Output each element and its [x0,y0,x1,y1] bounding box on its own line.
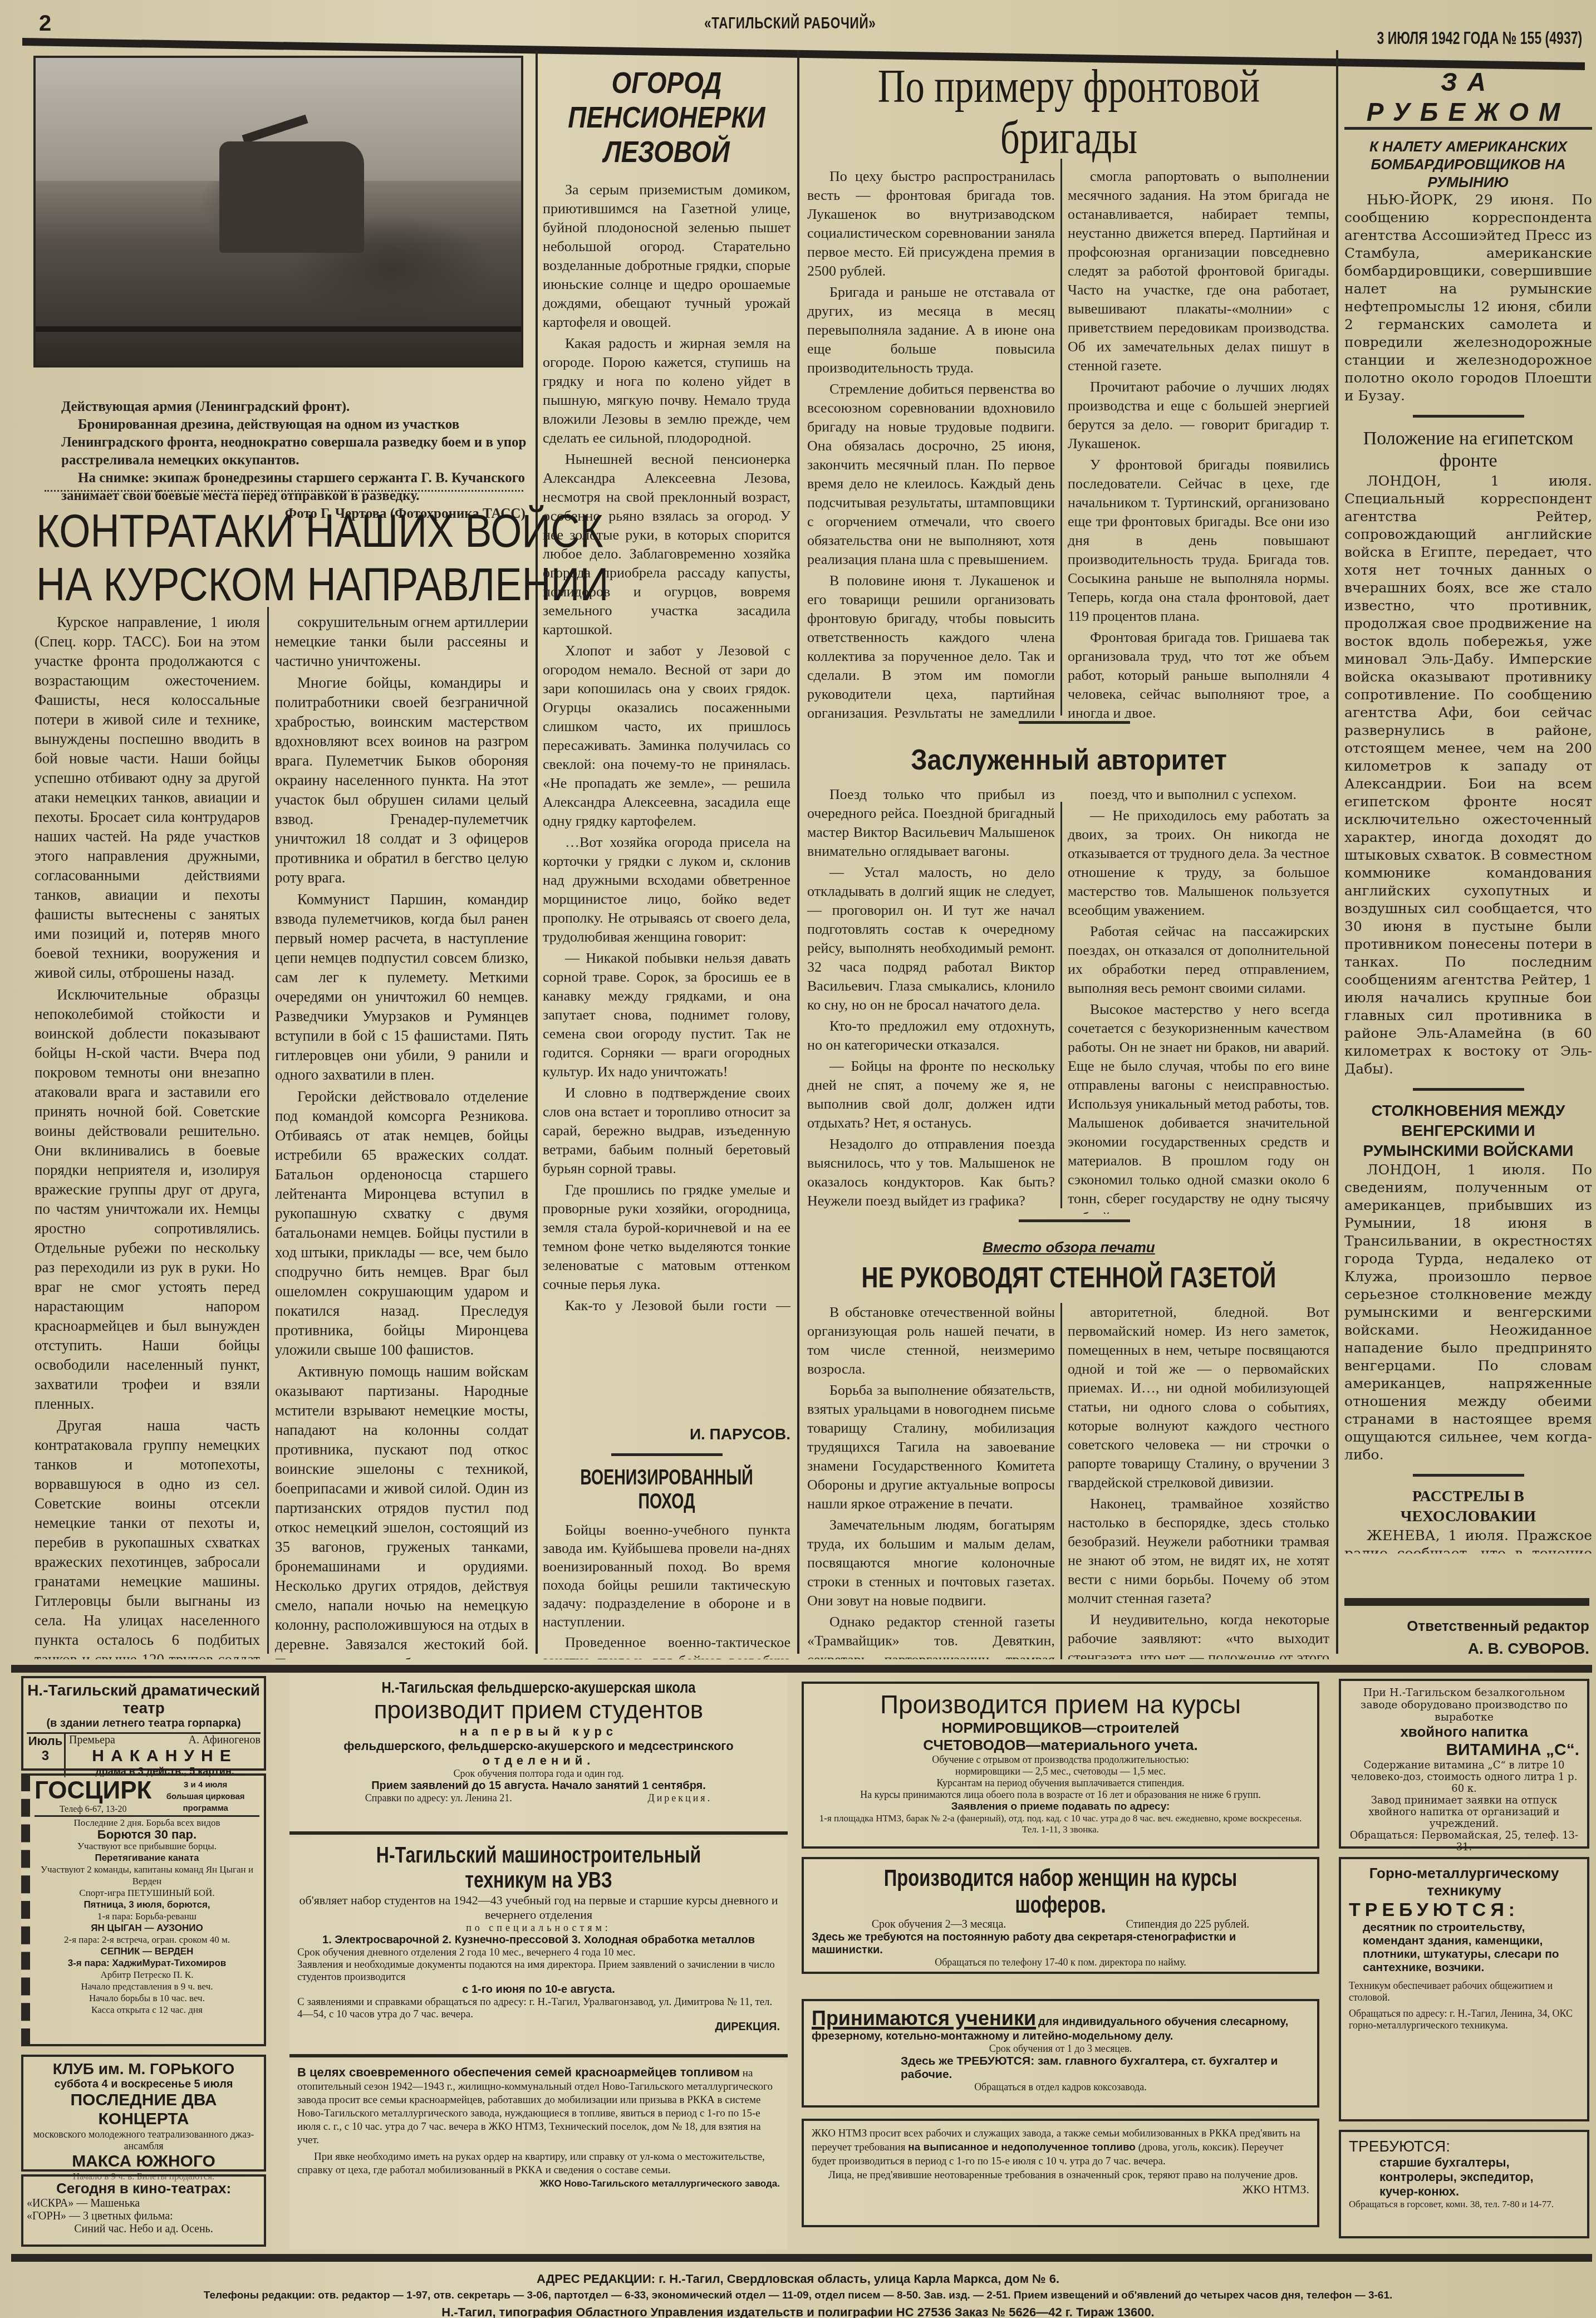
abroad-item-text: НЬЮ-ЙОРК, 29 июня. По сообщению корреспо… [1344,191,1592,405]
circus-line: Участвуют все прибывшие борцы. [35,1840,259,1852]
circus-line: 1-я пара: Борьба-реванш [35,1910,259,1922]
apprentices-also: Здесь же ТРЕБУЮТСЯ: зам. главного бухгал… [812,2055,1309,2081]
circus-line: Начало борьбы в 10 час. веч. [35,1992,259,2004]
footer-rule [11,2254,1592,2262]
medschool-course: на первый курс [297,1724,780,1739]
editor-name: А. В. СУВОРОВ. [1344,1640,1589,1658]
technikum-docs: Заявления и необходимые документы подают… [297,1959,780,1983]
abroad-item: Положение на египетском фронте ЛОНДОН, 1… [1344,428,1592,1078]
imprint: АДРЕС РЕДАКЦИИ: г. Н.-Тагил, Свердловска… [0,2271,1596,2318]
paragraph: Какая радость и жирная земля на огороде.… [543,334,790,448]
technikum-intro: об'являет набор студентов на 1942—43 уче… [297,1893,780,1922]
circus-line: Начало представления в 9 ч. веч. [35,1981,259,1992]
normirovshchiki-detail: Обучение с отрывом от производства продо… [812,1754,1309,1766]
abroad-rubric: ЗА РУБЕЖОМ [1344,67,1592,130]
paragraph: Как-то у Лезовой были гости — знакомые т… [543,1296,790,1314]
circus-line: СЕПНИК — ВЕРДЕН [35,1945,259,1957]
vitamin-details: Содержание витамина „С“ в литре 10 челов… [1349,1760,1579,1795]
abroad-item-headline: К НАЛЕТУ АМЕРИКАНСКИХ БОМБАРДИРОВЩИКОВ Н… [1344,138,1592,191]
abroad-item: К НАЛЕТУ АМЕРИКАНСКИХ БОМБАРДИРОВЩИКОВ Н… [1344,138,1592,405]
theater-title: Н.-Тагильский драматический театр [27,1682,261,1717]
technikum-spec-label: по специальностям: [297,1922,780,1934]
abroad-item-headline: РАССТРЕЛЫ В ЧЕХОСЛОВАКИИ [1344,1487,1592,1527]
circus-line: Борются 30 пар. [35,1829,259,1840]
paragraph: Где прошлись по грядке умелые и проворны… [543,1180,790,1294]
column-divider [536,50,538,1654]
paragraph: По цеху быстро распространилась весть — … [807,167,1055,281]
theater-premiere: Премьера [69,1734,115,1747]
medschool-title: Н.-Тагильская фельдшерско-акушерская шко… [333,1679,744,1697]
paragraph: Борьба за выполнение обязательств, взяты… [807,1381,1055,1513]
pohod-body: Бойцы военно-учебного пункта завода им. … [543,1521,790,1659]
vitamin-contact: Обращаться: Первомайская, 25, телеф. 13-… [1349,1830,1579,1853]
technikum-specialties: 1. Электросварочной 2. Кузнечно-прессово… [297,1934,780,1947]
normirovshchiki-detail: Курсантам на период обучения выплачивает… [812,1777,1309,1789]
normirovshchiki-detail: На курсы принимаются лица обоего пола в … [812,1789,1309,1801]
newspaper-title: «ТАГИЛЬСКИЙ РАБОЧИЙ» [704,14,876,33]
club-title: КЛУБ им. М. ГОРЬКОГО [27,2060,261,2078]
paragraph: Поезд только что прибыл из очередного ре… [807,785,1055,861]
headline-line: По примеру фронтовой [855,61,1284,112]
circus-title: ГОСЦИРК [35,1778,151,1804]
paragraph: Исключительные образцы непоколебимой сто… [35,985,260,1414]
theater-day: 3 [27,1748,64,1764]
paragraph: В обстановке отечественной войны организ… [807,1303,1055,1379]
paragraph: поезд, что и выполнил с успехом. [1068,785,1329,804]
gorno-note: Техникум обеспечивает рабочих общежитием… [1349,1980,1579,2003]
technikum-dates: с 1-го июня по 10-е августа. [297,1983,780,1996]
paragraph: смогла рапортовать о выполнении месячног… [1068,167,1329,375]
zhko-bold: на выписанное и недополученное топливо [908,2141,1136,2153]
ad-apprentices: Принимаются ученики для индивидуального … [802,1999,1319,2108]
ad-normirovshchiki-courses: Производится прием на курсы НОРМИРОВЩИКО… [802,1682,1319,1849]
abroad-item: РАССТРЕЛЫ В ЧЕХОСЛОВАКИИ ЖЕНЕВА, 1 июля.… [1344,1487,1592,1553]
gorsovet-item: старшие бухгалтеры, [1349,2155,1579,2170]
divider [611,1453,723,1456]
abroad-item: СТОЛКНОВЕНИЯ МЕЖДУ ВЕНГЕРСКИМИ И РУМЫНСК… [1344,1101,1592,1464]
ad-technikum: Н-Тагильский машиностроительный техникум… [289,1837,788,2057]
ads-separator [11,1665,1592,1673]
normirovshchiki-line2: СЧЕТОВОДОВ—материального учета. [812,1737,1309,1754]
vitamin-product2: ВИТАМИНА „С“. [1349,1741,1579,1760]
fuel-lead: В целях своевременного обеспечения семей… [297,2065,740,2079]
paragraph: Многие бойцы, командиры и политработники… [275,673,528,888]
paragraph: Стремление добиться первенства во всесою… [807,380,1055,569]
circus-dates: 3 и 4 июля [151,1779,259,1791]
divider [1413,1088,1524,1091]
column-divider [797,50,799,1654]
theater-subtitle: (в здании летнего театра горпарка) [27,1717,261,1730]
club-dates: суббота 4 и воскресенье 5 июля [27,2078,261,2091]
divider [1019,1219,1130,1222]
stengazeta-headline: НЕ РУКОВОДЯТ СТЕННОЙ ГАЗЕТОЙ [860,1261,1278,1295]
paragraph: Прочитают рабочие о лучших людях произво… [1068,378,1329,453]
headline-line: ЛЕЗОВОЙ [561,135,772,169]
paragraph: Бригада и раньше не отставала от других,… [807,283,1055,378]
technikum-signature: ДИРЕКЦИЯ. [297,2021,780,2033]
paragraph: — Устал малость, но дело откладывать в д… [807,863,1055,1015]
theater-date: Июль 3 [27,1734,66,1777]
paragraph: Активную помощь нашим войскам оказывают … [275,1362,528,1659]
paragraph: Другая наша часть контратаковала группу … [35,1416,260,1659]
paragraph: — Бойцы на фронте по нескольку дней не с… [807,1057,1055,1133]
divider [1413,415,1524,418]
ad-medschool: Н.-Тагильская фельдшерско-акушерская шко… [289,1673,788,1835]
column-divider [1060,159,1062,716]
theater-month: Июль [27,1734,64,1748]
caption-line: Действующая армия (Ленинградский фронт). [61,398,529,416]
ad-circus: ГОСЦИРК Телеф 6-67, 13-20 3 и 4 июля бол… [21,1773,266,2046]
normirovshchiki-detail: нормировщики — 2,5 мес., счетоводы — 1,5… [812,1766,1309,1777]
paragraph: Медлить было некогда. Виктор Васильевич … [807,1213,1055,1214]
editor-label: Ответственный редактор [1344,1618,1589,1635]
gorsovet-contact: Обращаться в горсовет, комн. 38, тел. 7-… [1349,2199,1579,2210]
paragraph: Коммунист Паршин, командир взвода пулеме… [275,890,528,1085]
paragraph: Кто-то предложил ему отдохнуть, но он ка… [807,1017,1055,1055]
brigada-column-2: смогла рапортовать о выполнении месячног… [1068,167,1329,718]
ad-women-drivers: Производится набор женщин на курсы шофер… [802,1857,1319,1974]
medschool-term: Срок обучения полтора года и один год. [297,1768,780,1780]
cinema-line: «ИСКРА» — Машенька [27,2197,261,2210]
gorno-list: десятник по строительству, комендант зда… [1349,1921,1579,1974]
medschool-deadline: Прием заявлений до 15 августа. Начало за… [297,1780,780,1792]
ad-club: КЛУБ им. М. ГОРЬКОГО суббота 4 и воскрес… [21,2055,266,2172]
technikum-contact: С заявлениями и справками обращаться по … [297,1996,780,2021]
pohod-article: И. ПАРУСОВ. ВОЕНИЗИРОВАННЫЙ ПОХОД Бойцы … [543,1425,790,1659]
circus-line: Арбитр Петреско П. К. [35,1969,259,1981]
technikum-term: Срок обучения дневного отделения 2 года … [297,1947,780,1959]
abroad-item-text: ЛОНДОН, 1 июля. Специальный корреспонден… [1344,472,1592,1078]
abroad-column: ЗА РУБЕЖОМ К НАЛЕТУ АМЕРИКАНСКИХ БОМБАРД… [1344,61,1592,1553]
circus-line: 3-я пара: ХаджиМурат-Тихомиров [35,1957,259,1969]
paragraph: Наконец, трамвайное хозяйство настолько … [1068,1494,1329,1608]
gorsovet-required: ТРЕБУЮТСЯ: [1349,2138,1579,2155]
normirovshchiki-headline: Производится прием на курсы [812,1689,1309,1719]
column-divider [1336,50,1338,1654]
theater-author: А. Афиногенов [189,1734,261,1747]
circus-line: Спорт-игра ПЕТУШИНЫЙ БОЙ. [35,1887,259,1899]
ad-cinema: Сегодня в кино-театрах: «ИСКРА» — Машень… [21,2174,266,2247]
abroad-item-text: ЛОНДОН, 1 июля. По сведениям, полученным… [1344,1161,1592,1464]
zhko-signature: ЖКО НТМЗ. [812,2182,1309,2196]
paragraph: Курское направление, 1 июля (Спец. корр.… [35,612,260,983]
circus-line: Пятница, 3 июля, борются, [35,1899,259,1910]
headline-line: ПЕНСИОНЕРКИ [561,100,772,135]
paragraph: Работая сейчас на пассажирских поездах, … [1068,922,1329,998]
ad-gorno-technikum: Горно-металлургическому техникуму ТРЕБУЮ… [1339,1857,1589,2121]
circus-line: Участвуют 2 команды, капитаны команд Ян … [35,1864,259,1887]
cinema-line: Синий час. Небо и ад. Осень. [27,2223,261,2236]
divider [1413,1474,1524,1477]
circus-line: ЯН ЦЫГАН — АУЗОНИО [35,1922,259,1934]
ad-gorsovet-vacancies: ТРЕБУЮТСЯ: старшие бухгалтеры, контролер… [1339,2130,1589,2238]
fuel-text: на отопительный сезон 1942—1943 г., жили… [297,2067,773,2146]
gorno-title: Горно-металлургическому техникуму [1349,1865,1579,1899]
normirovshchiki-line1: НОРМИРОВЩИКОВ—строителей [812,1719,1309,1737]
headline-line: НА КУРСКОМ НАПРАВЛЕНИИ [36,557,458,611]
photo-rail [36,326,521,332]
normirovshchiki-apply-label: Заявления о приеме подавать по адресу: [812,1801,1309,1813]
kursk-column-2: сокрушительным огнем артиллерии немецкие… [275,612,528,1659]
gorsovet-item: кучер-конюх. [1349,2184,1579,2199]
editorial-address: АДРЕС РЕДАКЦИИ: г. Н.-Тагил, Свердловска… [0,2271,1596,2287]
drivers-also: Здесь же требуются на постоянную работу … [812,1931,1309,1957]
paragraph: Замечательным людям, богатырям труда, их… [807,1516,1055,1610]
gorno-contact: Обращаться по адресу: г. Н.-Тагил, Ленин… [1349,2008,1579,2031]
paragraph: Бойцы военно-учебного пункта завода им. … [543,1521,790,1631]
technikum-title: Н-Тагильский машиностроительный техникум… [346,1843,732,1893]
club-desc: московского молодежного театрализованног… [27,2129,261,2152]
paragraph: Геройски действовало отделение под коман… [275,1087,528,1360]
pohod-headline: ВОЕНИЗИРОВАННЫЙ ПОХОД [574,1466,760,1514]
editorial-phones: Телефоны редакции: отв. редактор — 1-97,… [0,2287,1596,2304]
column-divider [1060,1303,1062,1659]
paragraph: — Никакой побывки нельзя давать сорной т… [543,949,790,1081]
circus-phone: Телеф 6-67, 13-20 [35,1804,151,1815]
ad-fuel: В целях своевременного обеспечения семей… [289,2060,788,2250]
apprentices-headline: Принимаются ученики [812,2007,1036,2030]
abroad-item-headline: Положение на египетском фронте [1344,428,1592,472]
brigada-headline: По примеру фронтовой бригады [855,61,1284,164]
paragraph: Однако редактор стенной газеты «Трамвайщ… [807,1613,1055,1659]
divider [1019,721,1130,724]
cinema-title: Сегодня в кино-театрах: [27,2180,261,2197]
medschool-address: Справки по адресу: ул. Ленина 21. [365,1792,512,1804]
page-number: 2 [39,11,51,36]
issue-date: 3 ИЮЛЯ 1942 ГОДА № 155 (4937) [1377,28,1582,48]
paragraph: …Вот хозяйка огорода присела на корточки… [543,833,790,947]
circus-line: Последние 2 дня. Борьба всех видов [35,1817,259,1829]
drivers-headline: Производится набор женщин на курсы шофер… [866,1865,1254,1918]
paragraph: Хлопот и забот у Лезовой с огородом нема… [543,641,790,831]
printer-info: Н.-Тагил, типография Областного Управлен… [0,2304,1596,2318]
photo-armored-vehicle [219,141,364,253]
medschool-departments: фельдшерского, фельдшерско-акушерского и… [297,1739,780,1753]
paragraph: Высокое мастерство у него всегда сочетае… [1068,1000,1329,1214]
paragraph: В половине июня т. Лукашенок и его товар… [807,571,1055,718]
paragraph: сокрушительным огнем артиллерии немецкие… [275,612,528,671]
paragraph: Проведенное военно-тактическое занятие я… [543,1633,790,1659]
headline-line: КОНТРАТАКИ НАШИХ ВОЙСК [36,504,458,557]
zhko-note: Лица, не пред'явившие неотоваренные треб… [812,2168,1309,2182]
kursk-headline: КОНТРАТАКИ НАШИХ ВОЙСК НА КУРСКОМ НАПРАВ… [36,504,458,611]
paragraph: Фронтовая бригада тов. Гришаева так орга… [1068,628,1329,718]
avtoritet-headline: Заслуженный авторитет [833,743,1304,777]
stengazeta-rubric: Вместо обзора печати [807,1239,1330,1256]
ogorod-article: ОГОРОД ПЕНСИОНЕРКИ ЛЕЗОВОЙ За серым приз… [543,61,790,1314]
stengazeta-column-1: В обстановке отечественной войны организ… [807,1303,1055,1659]
paragraph: И неудивительно, когда некоторые рабочие… [1068,1610,1329,1659]
headline-line: ОГОРОД [561,66,772,100]
apprentices-term: Срок обучения от 1 до 3 месяцев. [812,2043,1309,2055]
ad-zhko-fuel: ЖКО НТМЗ просит всех рабочих и служащих … [802,2119,1319,2227]
avtoritet-column-1: Поезд только что прибыл из очередного ре… [807,785,1055,1214]
circus-line: 2-я пара: 2-я встреча, огран. сроком 40 … [35,1934,259,1945]
ogorod-body: За серым приземистым домиком, приютившим… [543,180,790,1314]
medschool-headline: производит прием студентов [297,1697,780,1724]
caption-line: На снимке: экипаж бронедрезины старшего … [61,469,529,505]
abroad-item-text: ЖЕНЕВА, 1 июля. Пражское радио сообщает,… [1344,1527,1592,1553]
medschool-departments-tail: отделений. [297,1753,780,1768]
news-photo-armored-railcar [33,56,523,367]
ogorod-headline: ОГОРОД ПЕНСИОНЕРКИ ЛЕЗОВОЙ [561,66,772,169]
vitamin-intro: При Н.-Тагильском безалкогольном заводе … [1349,1687,1579,1723]
ogorod-signature: И. ПАРУСОВ. [543,1425,790,1443]
avtoritet-column-2: поезд, что и выполнил с успехом. — Не пр… [1068,785,1329,1214]
stengazeta-column-2: авторитетной, бледной. Вот первомайский … [1068,1303,1329,1659]
paragraph: У фронтовой бригады появились последоват… [1068,455,1329,626]
club-performer: МАКСА ЮЖНОГО [27,2152,261,2171]
gorno-required: ТРЕБУЮТСЯ: [1349,1899,1579,1921]
column-divider [1060,802,1062,1208]
circus-line: Касса открыта с 12 час. дня [35,2004,259,2016]
cinema-line: «ГОРН» — 3 цветных фильма: [27,2210,261,2223]
paragraph: Незадолго до отправления поезда выяснило… [807,1135,1055,1211]
brigada-column-1: По цеху быстро распространилась весть — … [807,167,1055,718]
paragraph: — Не приходилось ему работать за двоих, … [1068,806,1329,920]
kursk-column-1: Курское направление, 1 июля (Спец. корр.… [35,612,260,1659]
gorsovet-item: контролеры, экспедитор, [1349,2170,1579,2184]
paragraph: И словно в подтверждение своих слов она … [543,1084,790,1178]
headline-line: бригады [855,112,1284,164]
vitamin-orders: Завод принимает заявки на отпуск хвойног… [1349,1795,1579,1830]
wavy-divider [45,490,523,494]
abroad-item-headline: СТОЛКНОВЕНИЯ МЕЖДУ ВЕНГЕРСКИМИ И РУМЫНСК… [1344,1101,1592,1161]
column-divider [267,607,269,1654]
editor-rule [1344,1598,1589,1606]
paragraph: Нынешней весной пенсионерка Александра А… [543,450,790,639]
circus-program: большая цирковая программа [151,1791,259,1814]
paragraph: авторитетной, бледной. Вот первомайский … [1068,1303,1329,1492]
ad-theater: Н.-Тагильский драматический театр (в зда… [21,1676,266,1771]
circus-line: Перетягивание каната [35,1852,259,1864]
fuel-signature: ЖКО Ново-Тагильского металлургического з… [297,2177,780,2190]
drivers-contact: Обращаться по телефону 17-40 к пом. дире… [812,1957,1309,1968]
caption-line: Бронированная дрезина, действующая на од… [61,416,529,469]
medschool-signature: Дирекция. [647,1792,712,1804]
fuel-note: При явке необходимо иметь на руках ордер… [297,2150,780,2177]
apprentices-contact: Обращаться в отдел кадров коксозавода. [812,2081,1309,2093]
vitamin-product1: хвойного напитка [1349,1723,1579,1741]
normirovshchiki-address: 1-я площадка НТМЗ, барак № 2-а (фанерный… [812,1813,1309,1835]
paragraph: За серым приземистым домиком, приютившим… [543,180,790,332]
drivers-stipend: Стипендия до 225 рублей. [1126,1918,1250,1931]
ad-vitamin-drink: При Н.-Тагильском безалкогольном заводе … [1339,1679,1589,1849]
drivers-term: Срок обучения 2—3 месяца. [872,1918,1006,1931]
theater-play-title: НАКАНУНЕ [69,1747,261,1766]
club-event: ПОСЛЕДНИЕ ДВА КОНЦЕРТА [27,2091,261,2129]
